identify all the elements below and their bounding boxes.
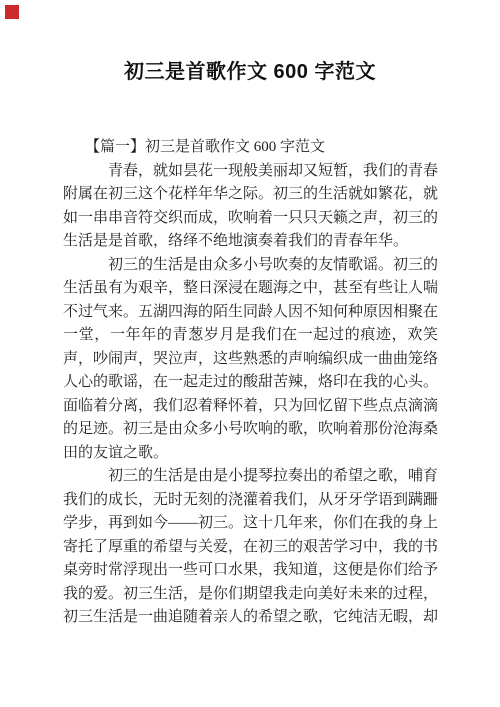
essay-paragraph-2: 初三的生活是由众多小号吹奏的友情歌谣。初三的生活虽有为艰辛，整日深浸在题海之中，… bbox=[63, 254, 438, 466]
essay-paragraph-3: 初三的生活是由是小提琴拉奏出的希望之歌，哺育我们的成长，无时无刻的浇灌着我们，从… bbox=[63, 465, 438, 630]
essay-paragraph-1: 青春，就如昙花一现般美丽却又短暂，我们的青春附属在初三这个花样年华之际。初三的生… bbox=[63, 160, 438, 254]
section-header: 【篇一】初三是首歌作文 600 字范文 bbox=[63, 136, 438, 160]
document-page: 初三是首歌作文 600 字范文 【篇一】初三是首歌作文 600 字范文 青春，就… bbox=[0, 0, 500, 707]
page-title: 初三是首歌作文 600 字范文 bbox=[0, 58, 500, 86]
red-corner-mark bbox=[5, 5, 19, 19]
document-body: 【篇一】初三是首歌作文 600 字范文 青春，就如昙花一现般美丽却又短暂，我们的… bbox=[63, 136, 438, 630]
